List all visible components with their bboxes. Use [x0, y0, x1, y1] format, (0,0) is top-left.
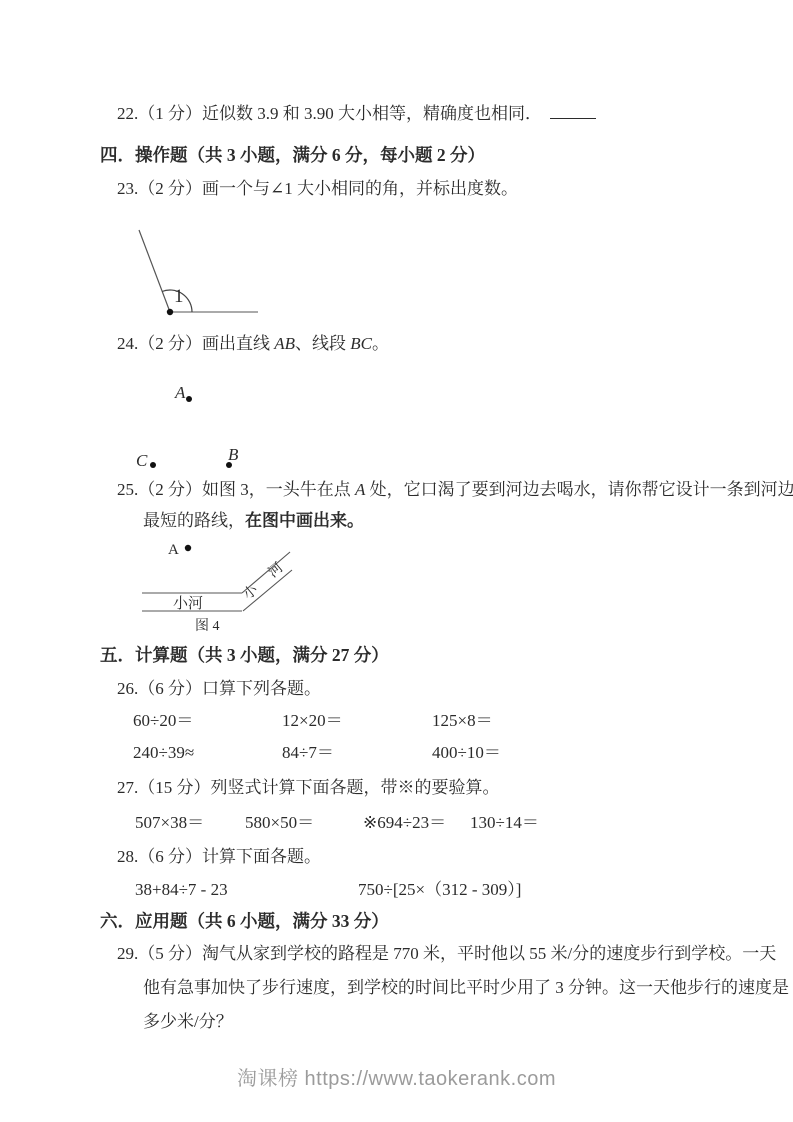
q26-row1-item2: 12×20＝ [282, 710, 343, 731]
figure-caption: 图 4 [195, 618, 220, 634]
q28-item2: 750÷[25×（312 - 309）] [358, 879, 521, 900]
question-24: 24.（2 分）画出直线 AB、线段 BC。 [117, 333, 389, 354]
question-24-text-3: 。 [372, 334, 389, 353]
question-25-line1: 25.（2 分）如图 3，一头牛在点 A 处，它口渴了要到河边去喝水，请你帮它设… [117, 479, 793, 500]
question-25-text-emphasis: 在图中画出来。 [245, 511, 364, 530]
q27-item1: 507×38＝ [135, 812, 204, 833]
q26-row1-item3: 125×8＝ [432, 710, 493, 731]
question-22-text: 22.（1 分）近似数 3.9 和 3.90 大小相等，精确度也相同． [117, 104, 542, 123]
river-horizontal-label: 小河 [173, 595, 203, 612]
question-29-line2: 他有急事加快了步行速度，到学校的时间比平时少用了 3 分钟。这一天他步行的速度是 [143, 977, 789, 998]
q27-item3: ※694÷23＝ [363, 812, 446, 833]
question-25-line2: 最短的路线，在图中画出来。 [143, 510, 364, 531]
point-c-label: C [136, 451, 147, 471]
q26-row2-item1: 240÷39≈ [133, 742, 194, 763]
section-5-title: 五．计算题（共 3 小题，满分 27 分） [100, 645, 389, 667]
q26-row1-item1: 60÷20＝ [133, 710, 193, 731]
question-25-text-1: 25.（2 分）如图 3，一头牛在点 [117, 480, 355, 499]
question-23: 23.（2 分）画一个与∠1 大小相同的角，并标出度数。 [117, 178, 518, 199]
angle-figure-svg: 1 [128, 220, 278, 320]
q26-row2-item3: 400÷10＝ [432, 742, 501, 763]
point-a-dot [186, 396, 192, 402]
question-24-text-2: 、线段 [295, 334, 350, 353]
section-4-title: 四．操作题（共 3 小题，满分 6 分，每小题 2 分） [100, 145, 485, 167]
angle-label: 1 [174, 286, 184, 307]
question-22: 22.（1 分）近似数 3.9 和 3.90 大小相等，精确度也相同． [117, 103, 596, 124]
point-c-dot [150, 462, 156, 468]
river-point-a-label: A [168, 542, 179, 558]
question-28: 28.（6 分）计算下面各题。 [117, 846, 321, 867]
answer-blank-line [550, 103, 596, 119]
q27-item4: 130÷14＝ [470, 812, 539, 833]
point-b-dot [226, 462, 232, 468]
question-25-text-2: 处，它口渴了要到河边去喝水，请你帮它设计一条到河边 [365, 480, 793, 499]
question-26: 26.（6 分）口算下列各题。 [117, 678, 321, 699]
angle-figure: 1 [128, 220, 278, 325]
question-25-text-3: 最短的路线， [143, 511, 245, 530]
river-figure: A 小河 小 河 图 4 [133, 538, 308, 643]
point-a-inline-label: A [355, 480, 365, 499]
section-6-title: 六．应用题（共 6 小题，满分 33 分） [100, 911, 389, 933]
question-29-line1: 29.（5 分）淘气从家到学校的路程是 770 米，平时他以 55 米/分的速度… [117, 943, 776, 964]
site-watermark: 淘课榜 https://www.taokerank.com [0, 1062, 793, 1091]
line-ab-label: AB [274, 334, 295, 353]
question-29-line3: 多少米/分？ [143, 1011, 233, 1032]
segment-bc-label: BC [350, 334, 372, 353]
question-27: 27.（15 分）列竖式计算下面各题，带※的要验算。 [117, 777, 500, 798]
river-diagonal-label-1: 小 [240, 581, 262, 603]
river-figure-svg: A 小河 小 河 图 4 [133, 538, 308, 638]
exam-paper-page: 22.（1 分）近似数 3.9 和 3.90 大小相等，精确度也相同． 四．操作… [0, 0, 793, 1122]
q26-row2-item2: 84÷7＝ [282, 742, 334, 763]
angle-vertex-dot [167, 309, 173, 315]
river-point-a-dot [185, 545, 191, 551]
q28-item1: 38+84÷7 - 23 [135, 879, 228, 900]
question-24-text-1: 24.（2 分）画出直线 [117, 334, 274, 353]
point-a-label: A [175, 383, 185, 403]
angle-ray-slanted [139, 230, 170, 312]
q27-item2: 580×50＝ [245, 812, 314, 833]
